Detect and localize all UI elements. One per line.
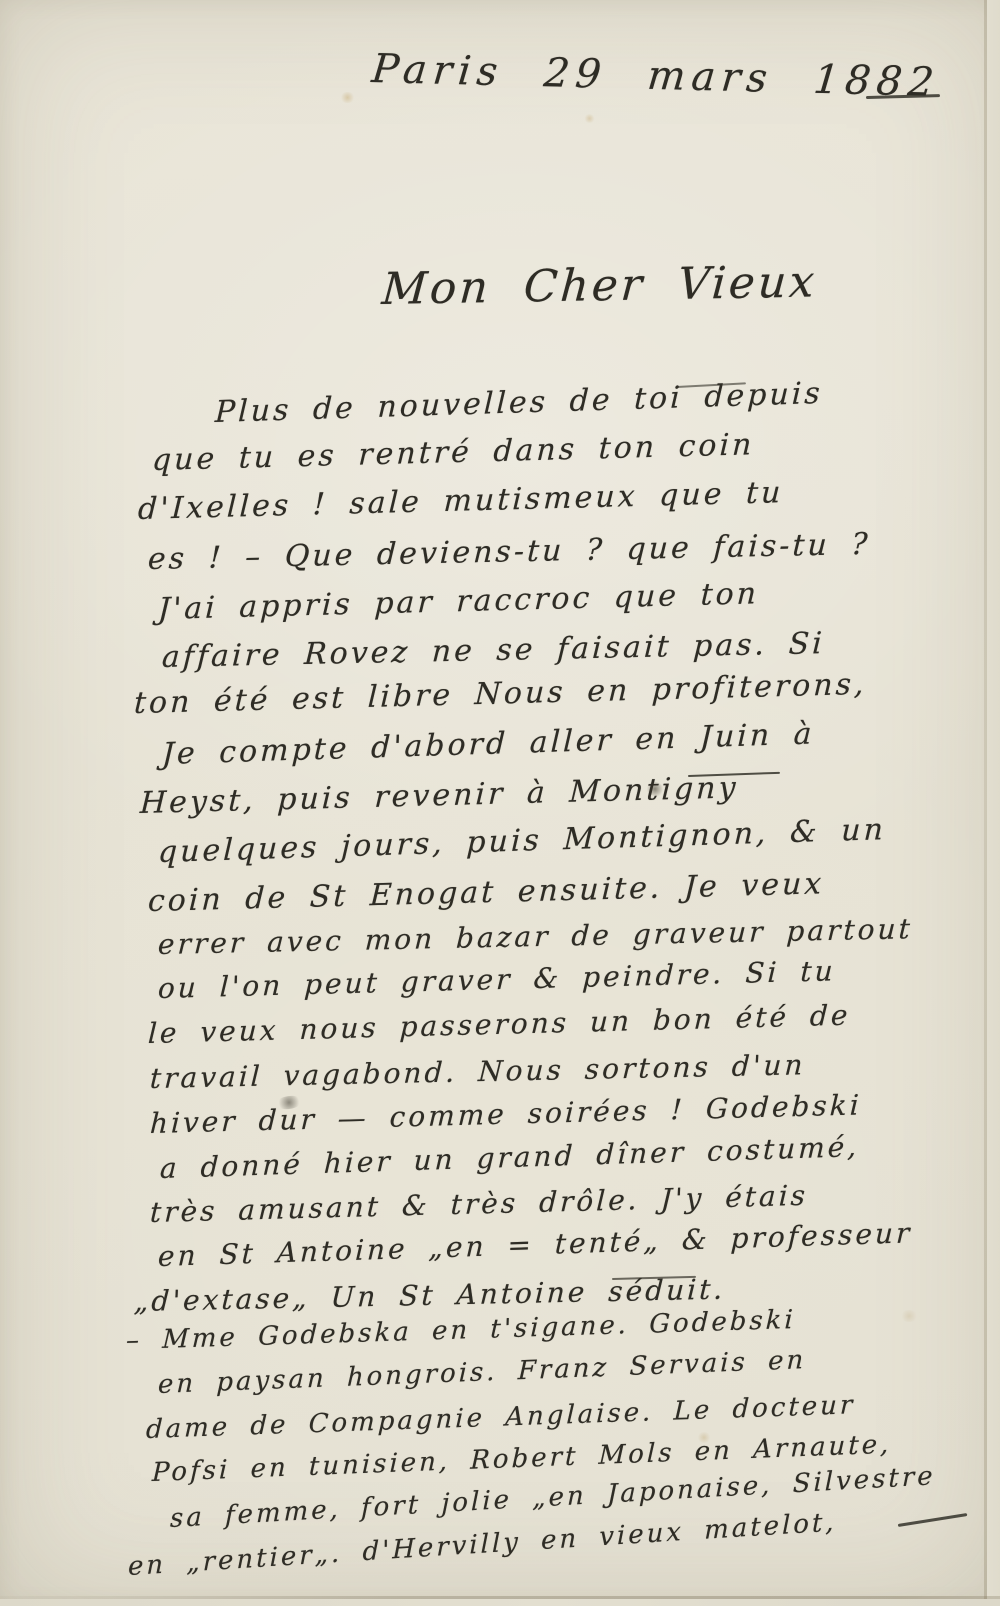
- letter-line: affaire Rovez ne se faisait pas. Si: [161, 626, 826, 675]
- paper-crease-right: [984, 0, 987, 1606]
- letter-line: d'Ixelles ! sale mutismeux que tu: [137, 475, 784, 527]
- foxing-spot: [900, 1310, 918, 1322]
- letter-line: coin de St Enogat ensuite. Je veux: [147, 866, 825, 919]
- letter-line: J'ai appris par raccroc que ton: [157, 576, 760, 627]
- paper-edge-right: [987, 0, 1000, 1606]
- letter-line: errer avec mon bazar de graveur partout: [157, 912, 914, 961]
- letter-line: es ! – Que deviens-tu ? que fais-tu ?: [147, 527, 871, 577]
- dateline: Paris 29 mars 1882: [370, 46, 942, 106]
- paper-edge-bottom: [0, 1599, 1000, 1606]
- ink-flourish-matelot: [898, 1513, 968, 1527]
- letter-line: a donné hier un grand dîner costumé,: [159, 1130, 860, 1185]
- letter-line: en paysan hongrois. Franz Servais en: [158, 1345, 807, 1400]
- letter-line: quelques jours, puis Montignon, & un: [157, 812, 886, 870]
- letter-line: Heyst, puis revenir à Montigny: [139, 770, 739, 821]
- foxing-spot: [340, 92, 355, 103]
- letter-line: ou l'on peut graver & peindre. Si tu: [157, 954, 836, 1005]
- letter-page: Paris 29 mars 1882 Mon Cher Vieux Plus d…: [0, 0, 1000, 1606]
- foxing-spot: [584, 114, 595, 123]
- letter-line: travail vagabond. Nous sortons d'un: [149, 1048, 806, 1095]
- letter-line: Je compte d'abord aller en Juin à: [161, 716, 815, 772]
- letter-line: très amusant & très drôle. J'y étais: [149, 1179, 808, 1229]
- letter-line: ton été est libre Nous en profiterons,: [133, 667, 867, 721]
- salutation: Mon Cher Vieux: [380, 256, 819, 315]
- letter-line: le veux nous passerons un bon été de: [147, 999, 851, 1050]
- letter-line: que tu es rentré dans ton coin: [151, 427, 755, 478]
